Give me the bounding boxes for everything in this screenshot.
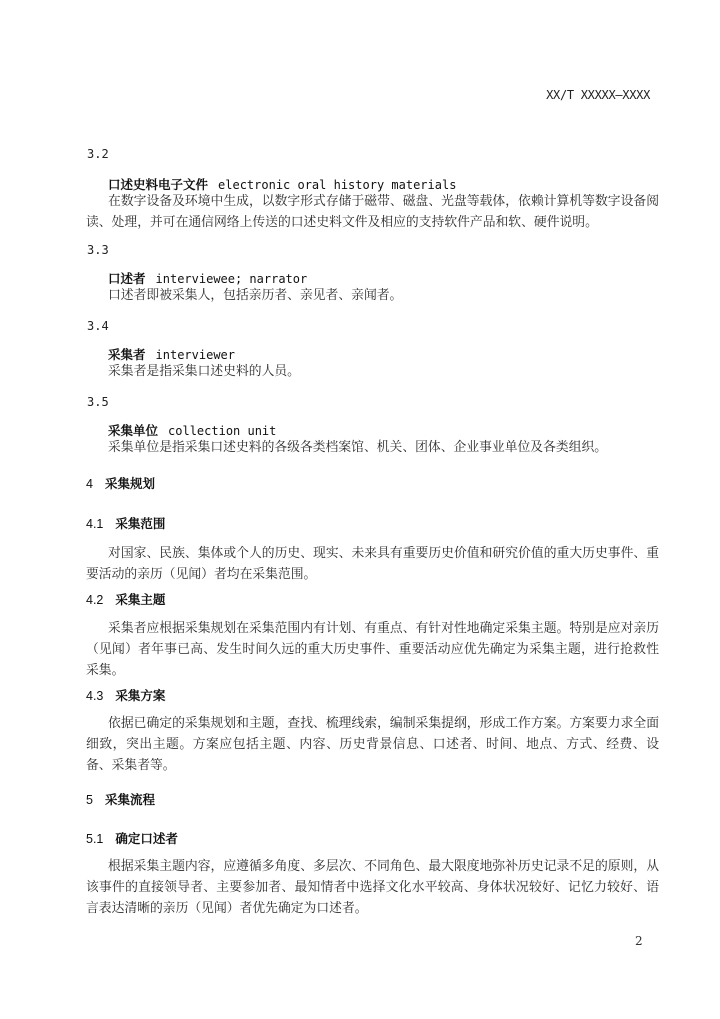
subsection-heading: 4.1采集范围 xyxy=(86,514,165,532)
term-en: interviewee; narrator xyxy=(156,272,308,286)
section-title: 采集流程 xyxy=(105,792,155,807)
subsection-title: 采集方案 xyxy=(115,688,165,703)
subsection-title: 确定口述者 xyxy=(115,831,178,846)
term-definition: 采集单位是指采集口述史料的各级各类档案馆、机关、团体、企业事业单位及各类组织。 xyxy=(108,437,659,458)
term-definition: 采集者是指采集口述史料的人员。 xyxy=(108,361,659,382)
term-en: interviewer xyxy=(156,348,235,362)
subsection-title: 采集主题 xyxy=(115,592,165,607)
term-zh: 采集单位 xyxy=(108,423,158,438)
term-number: 3.4 xyxy=(87,319,109,333)
term-en: electronic oral history materials xyxy=(218,178,456,192)
subsection-number: 4.3 xyxy=(86,689,103,703)
term-definition: 在数字设备及环境中生成，以数字形式存储于磁带、磁盘、光盘等载体，依赖计算机等数字… xyxy=(86,191,659,233)
section-heading: 5采集流程 xyxy=(86,790,155,808)
subsection-text: 采集者应根据采集规划在采集范围内有计划、有重点、有针对性地确定采集主题。特别是应… xyxy=(86,618,659,681)
subsection-heading: 4.3采集方案 xyxy=(86,686,165,704)
term-zh: 采集者 xyxy=(108,347,146,362)
standard-code-header: XX/T XXXXX—XXXX xyxy=(546,88,650,102)
term-zh: 口述者 xyxy=(108,271,146,286)
subsection-number: 5.1 xyxy=(86,832,103,846)
subsection-heading: 5.1确定口述者 xyxy=(86,829,178,847)
page-number: 2 xyxy=(635,934,643,948)
section-title: 采集规划 xyxy=(105,476,155,491)
section-heading: 4采集规划 xyxy=(86,474,155,492)
subsection-text: 对国家、民族、集体或个人的历史、现实、未来具有重要历史价值和研究价值的重大历史事… xyxy=(86,543,659,585)
subsection-number: 4.2 xyxy=(86,593,103,607)
term-number: 3.5 xyxy=(87,395,109,409)
term-number: 3.3 xyxy=(87,243,109,257)
subsection-number: 4.1 xyxy=(86,517,103,531)
term-number: 3.2 xyxy=(87,147,109,161)
term-definition: 口述者即被采集人，包括亲历者、亲见者、亲闻者。 xyxy=(108,285,659,306)
term-zh: 口述史料电子文件 xyxy=(108,177,208,192)
subsection-heading: 4.2采集主题 xyxy=(86,590,165,608)
term-en: collection unit xyxy=(168,424,276,438)
subsection-text: 根据采集主题内容，应遵循多角度、多层次、不同角色、最大限度地弥补历史记录不足的原… xyxy=(86,856,659,919)
document-page: XX/T XXXXX—XXXX 3.2 口述史料电子文件electronic o… xyxy=(0,0,720,1019)
section-number: 4 xyxy=(86,477,93,491)
subsection-title: 采集范围 xyxy=(115,516,165,531)
section-number: 5 xyxy=(86,793,93,807)
subsection-text: 依据已确定的采集规划和主题，查找、梳理线索，编制采集提纲，形成工作方案。方案要力… xyxy=(86,713,659,776)
